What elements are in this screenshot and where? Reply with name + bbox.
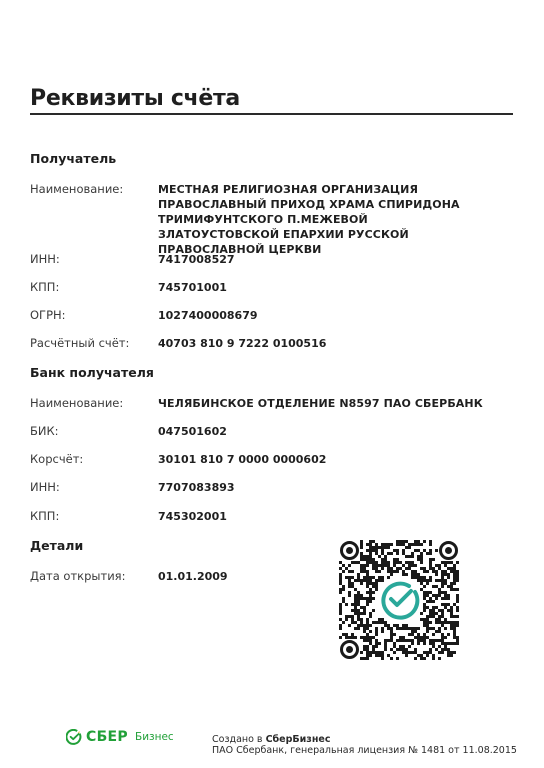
field-label: БИК: bbox=[30, 424, 59, 438]
footer-info: Создано в СберБизнес ПАО Сбербанк, генер… bbox=[212, 734, 517, 756]
field-label: ИНН: bbox=[30, 480, 60, 494]
field-label: Наименование: bbox=[30, 396, 123, 410]
page-title: Реквизиты счёта bbox=[30, 86, 240, 111]
field-label: Корсчёт: bbox=[30, 452, 83, 466]
created-prefix: Создано в bbox=[212, 734, 266, 745]
field-label: Расчётный счёт: bbox=[30, 336, 129, 350]
logo-main-text: СБЕР bbox=[86, 729, 128, 745]
qr-code bbox=[339, 540, 459, 660]
sber-business-logo: СБЕР Бизнес bbox=[66, 729, 174, 745]
section-heading-details: Детали bbox=[30, 538, 83, 553]
field-value: 745701001 bbox=[158, 280, 508, 295]
section-heading-bank: Банк получателя bbox=[30, 365, 154, 380]
logo-sub-text: Бизнес bbox=[135, 731, 174, 743]
field-label: ОГРН: bbox=[30, 308, 66, 322]
field-value: 30101 810 7 0000 0000602 bbox=[158, 452, 508, 467]
license-line: ПАО Сбербанк, генеральная лицензия № 148… bbox=[212, 745, 517, 756]
field-label: Дата открытия: bbox=[30, 569, 125, 583]
field-value: 047501602 bbox=[158, 424, 508, 439]
field-value: 745302001 bbox=[158, 509, 508, 524]
sber-check-icon bbox=[66, 729, 82, 745]
field-label: ИНН: bbox=[30, 252, 60, 266]
created-in-line: Создано в СберБизнес bbox=[212, 734, 517, 745]
field-value: ЧЕЛЯБИНСКОЕ ОТДЕЛЕНИЕ N8597 ПАО СБЕРБАНК bbox=[158, 396, 508, 411]
field-value: МЕСТНАЯ РЕЛИГИОЗНАЯ ОРГАНИЗАЦИЯ ПРАВОСЛА… bbox=[158, 182, 488, 257]
field-label: Наименование: bbox=[30, 182, 123, 196]
title-divider bbox=[30, 113, 513, 115]
field-value: 40703 810 9 7222 0100516 bbox=[158, 336, 508, 351]
field-label: КПП: bbox=[30, 509, 59, 523]
field-value: 1027400008679 bbox=[158, 308, 508, 323]
field-label: КПП: bbox=[30, 280, 59, 294]
created-brand: СберБизнес bbox=[266, 734, 331, 745]
section-heading-recipient: Получатель bbox=[30, 151, 116, 166]
field-value: 7707083893 bbox=[158, 480, 508, 495]
field-value: 7417008527 bbox=[158, 252, 508, 267]
